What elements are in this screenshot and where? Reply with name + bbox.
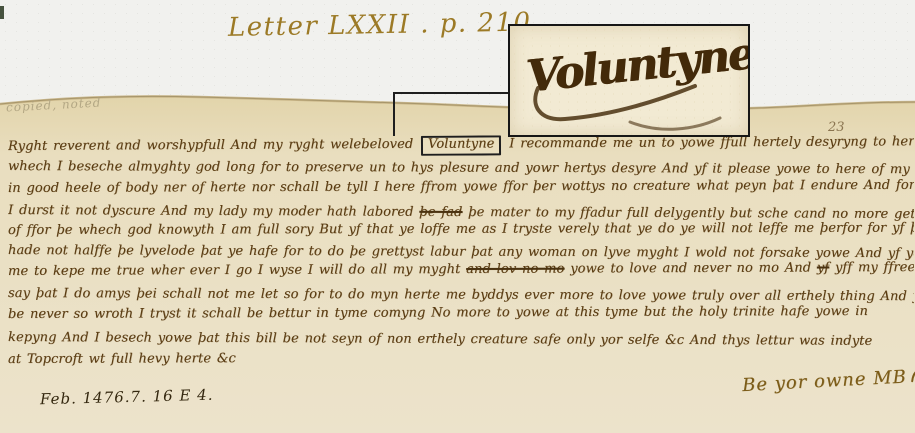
inset-connector-vertical	[393, 92, 395, 136]
letter-lines: Ryght reverent and worshypfull And my ry…	[0, 0, 915, 433]
manuscript-text: I durst it not dyscure And my lady my mo…	[8, 203, 419, 220]
manuscript-text: yowe to love and never no mo And	[564, 260, 816, 276]
manuscript-text: at Topcroft wt full hevy herte &c	[8, 351, 236, 367]
manuscript-text: of ffor þe whech god knowyth I am full s…	[8, 221, 914, 238]
struck-out-text: þe fad	[419, 205, 462, 220]
manuscript-line: whech I beseche almyghty god long for to…	[8, 158, 914, 179]
inset-connector-horizontal	[393, 92, 510, 94]
pen-flourish-icon	[510, 26, 748, 135]
manuscript-text: say þat I do amys þei schall not me let …	[8, 286, 914, 304]
manuscript-line: in good heele of body ner of herte nor s…	[8, 177, 914, 198]
manuscript-text: kepyng And I besech yowe þat this bill b…	[8, 330, 872, 349]
voluntyne-word-box: Voluntyne	[421, 135, 502, 155]
manuscript-text: me to kepe me true wher ever I go I wyse…	[8, 262, 466, 279]
manuscript-text: Ryght reverent and worshypfull And my ry…	[8, 137, 419, 154]
manuscript-line: at Topcroft wt full hevy herte &c	[8, 348, 914, 369]
manuscript-line: me to kepe me true wher ever I go I wyse…	[8, 259, 914, 281]
struck-out-text: and lov no mo	[466, 262, 564, 277]
manuscript-line: of ffor þe whech god knowyth I am full s…	[8, 220, 914, 240]
manuscript-line: be never so wroth I tryst it schall be b…	[8, 303, 914, 324]
manuscript-text: in good heele of body ner of herte nor s…	[8, 178, 914, 196]
manuscript-text: yff my ffreendys	[829, 260, 914, 276]
manuscript-line: Ryght reverent and worshypfull And my ry…	[8, 133, 914, 158]
manuscript-scan: Letter LXXII . p. 210 , copied, noted 23…	[0, 0, 915, 433]
manuscript-text: whech I beseche almyghty god long for to…	[8, 159, 914, 178]
voluntyne-magnified-inset: Voluntyne	[508, 24, 750, 137]
paraph-flourish-icon	[908, 363, 915, 386]
struck-out-text: yf	[817, 260, 829, 275]
manuscript-text: be never so wroth I tryst it schall be b…	[8, 304, 868, 322]
